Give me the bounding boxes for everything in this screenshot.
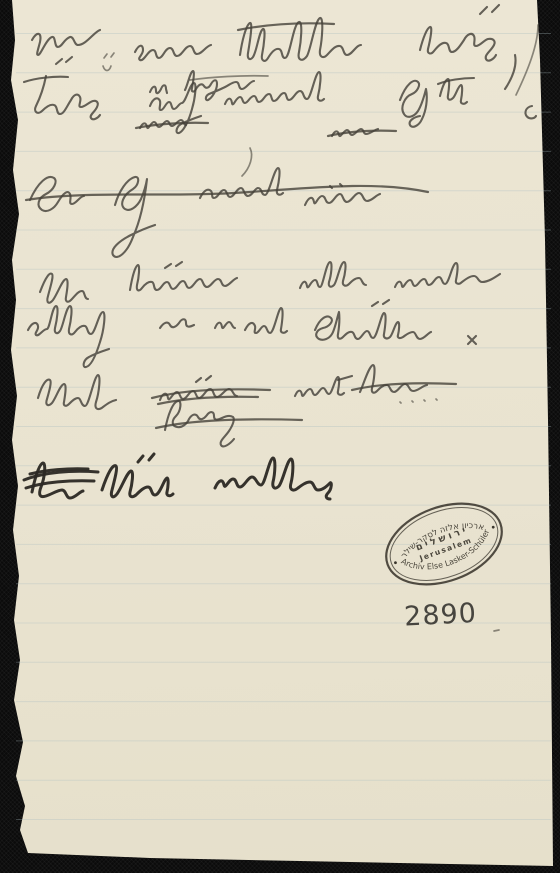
handwriting-line-7 <box>24 454 331 499</box>
stamp-right-dot <box>491 525 495 529</box>
handwriting-line-6 <box>38 365 456 446</box>
catalog-number: 2890 <box>403 598 477 633</box>
stamp-left-dot <box>394 561 398 565</box>
handwriting-line-2 <box>24 57 536 176</box>
archive-scan-background: ארכיון אלזה לסקר-שילר ירושלים Jerusalem … <box>0 0 560 873</box>
handwriting-insert <box>103 53 268 100</box>
handwriting-line-4 <box>40 262 500 303</box>
manuscript-artwork: ארכיון אלזה לסקר-שילר ירושלים Jerusalem … <box>0 0 560 873</box>
handwriting-line-3 <box>26 168 428 257</box>
handwriting-line-1 <box>32 5 538 95</box>
ruled-lines <box>16 34 551 820</box>
handwriting-line-5 <box>28 300 476 367</box>
stray-mark <box>494 630 499 631</box>
